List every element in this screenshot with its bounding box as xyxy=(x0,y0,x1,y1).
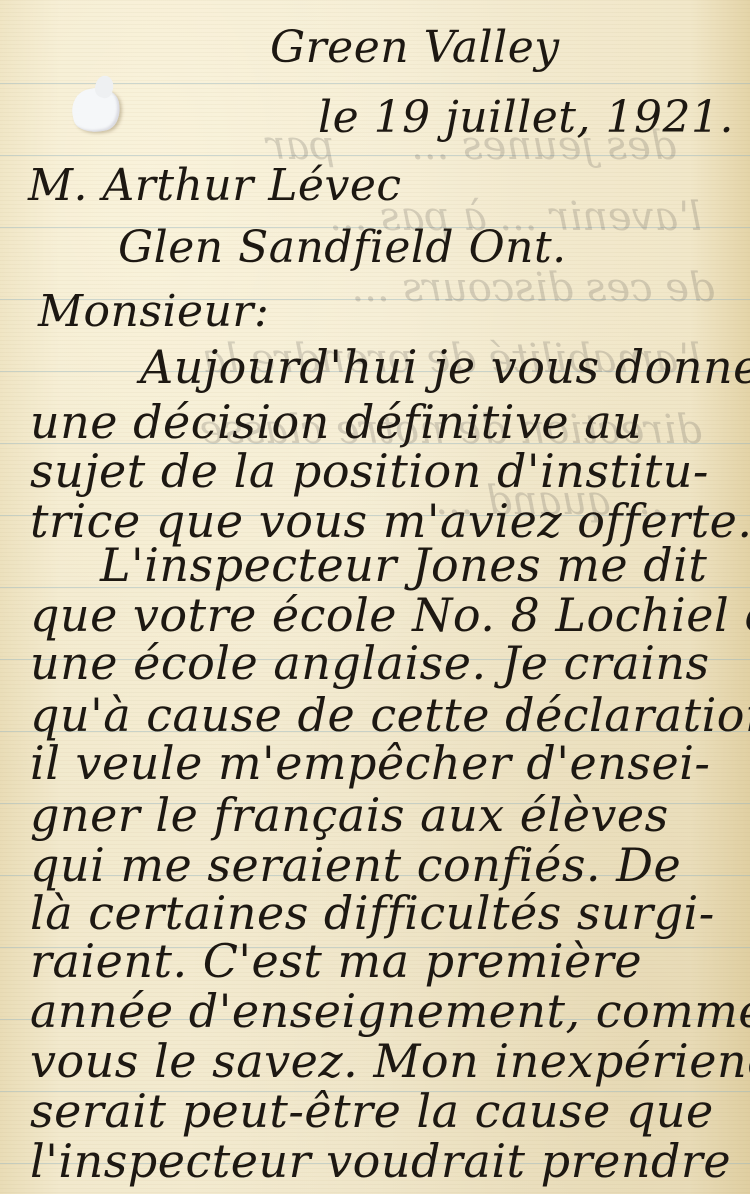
body-line: qu'à cause de cette déclaration xyxy=(30,688,750,742)
letter-place: Green Valley xyxy=(270,22,560,73)
recipient-address: Glen Sandfield Ont. xyxy=(118,222,567,273)
body-line: il veule m'empêcher d'ensei- xyxy=(30,736,710,790)
body-line: serait peut-être la cause que xyxy=(30,1084,714,1138)
salutation: Monsieur: xyxy=(38,286,269,337)
body-line: que votre école No. 8 Lochiel est xyxy=(30,588,750,642)
body-line: une décision définitive au xyxy=(30,395,642,449)
body-line: vous le savez. Mon inexpérience xyxy=(30,1034,750,1088)
body-line: une école anglaise. Je crains xyxy=(30,636,710,690)
body-line: raient. C'est ma première xyxy=(30,934,642,988)
body-line: L'inspecteur Jones me dit xyxy=(100,538,707,592)
torn-hole xyxy=(68,83,124,136)
letter-page: des jeunes ... par l'avenir ... à pas ..… xyxy=(0,0,750,1194)
body-line: année d'enseignement, comme xyxy=(30,984,750,1038)
letter-date: le 19 juillet, 1921. xyxy=(318,92,734,143)
body-line: sujet de la position d'institu- xyxy=(30,444,709,498)
body-line: gner le français aux élèves xyxy=(30,788,669,842)
body-line: là certaines difficultés surgi- xyxy=(30,886,715,940)
body-line: qui me seraient confiés. De xyxy=(30,838,681,892)
body-line: Aujourd'hui je vous donne xyxy=(140,340,750,394)
recipient-name: M. Arthur Lévec xyxy=(28,160,402,211)
body-line: l'inspecteur voudrait prendre xyxy=(30,1134,731,1188)
